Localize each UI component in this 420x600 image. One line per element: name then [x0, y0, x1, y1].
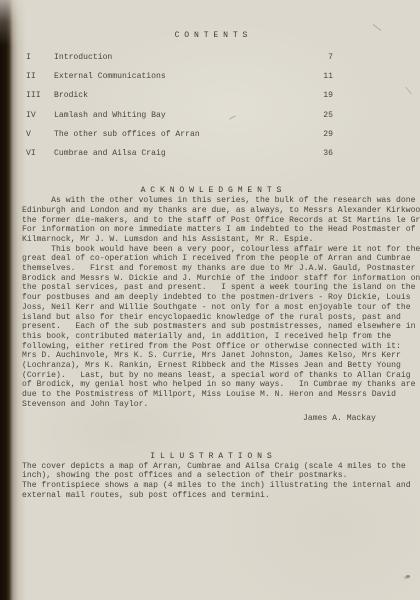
- contents-heading: C O N T E N T S: [22, 31, 400, 41]
- illustrations-heading: I L L U S T R A T I O N S: [22, 452, 400, 462]
- toc-chapter-title: Introduction: [54, 53, 311, 63]
- toc-page-number: 7: [311, 53, 333, 63]
- toc-page-number: 19: [311, 91, 333, 101]
- book-page-scan: C O N T E N T S I Introduction 7 II Exte…: [0, 0, 420, 600]
- table-of-contents: I Introduction 7 II External Communicati…: [26, 53, 333, 168]
- toc-row: III Brodick 19: [26, 91, 333, 110]
- scan-scratch: [405, 87, 411, 95]
- scanned-book-page: { "colors": { "paper": "#dcd8cd", "ink":…: [0, 0, 420, 600]
- toc-row: II External Communications 11: [26, 72, 333, 91]
- toc-chapter-numeral: IV: [26, 111, 54, 121]
- toc-chapter-title: The other sub offices of Arran: [54, 130, 311, 140]
- illustrations-paragraph-2: The frontispiece shows a map (4 miles to…: [22, 481, 400, 500]
- toc-chapter-title: External Communications: [54, 72, 311, 82]
- toc-page-number: 11: [311, 72, 333, 82]
- toc-chapter-title: Cumbrae and Ailsa Craig: [54, 149, 311, 159]
- toc-page-number: 25: [311, 111, 333, 121]
- toc-row: V The other sub offices of Arran 29: [26, 130, 333, 149]
- acknowledgments-paragraph-2: This book would have been a very poor, c…: [22, 245, 400, 410]
- page-content: C O N T E N T S I Introduction 7 II Exte…: [22, 0, 400, 500]
- toc-chapter-numeral: I: [26, 53, 54, 63]
- toc-chapter-title: Brodick: [54, 91, 311, 101]
- toc-page-number: 29: [311, 130, 333, 140]
- toc-chapter-numeral: V: [26, 130, 54, 140]
- toc-page-number: 36: [311, 149, 333, 159]
- illustrations-paragraph-1: The cover depicts a map of Arran, Cumbra…: [22, 462, 400, 481]
- acknowledgments-heading: A C K N O W L E D G M E N T S: [22, 186, 400, 196]
- toc-row: I Introduction 7: [26, 53, 333, 72]
- acknowledgments-paragraph-1: As with the other volumes in this series…: [22, 196, 400, 245]
- toc-chapter-numeral: II: [26, 72, 54, 82]
- scan-speck: [406, 575, 410, 578]
- toc-chapter-numeral: III: [26, 91, 54, 101]
- author-signature: James A. Mackay: [303, 414, 400, 424]
- toc-chapter-title: Lamlash and Whiting Bay: [54, 111, 311, 121]
- toc-chapter-numeral: VI: [26, 149, 54, 159]
- toc-row: VI Cumbrae and Ailsa Craig 36: [26, 149, 333, 168]
- toc-row: IV Lamlash and Whiting Bay 25: [26, 111, 333, 130]
